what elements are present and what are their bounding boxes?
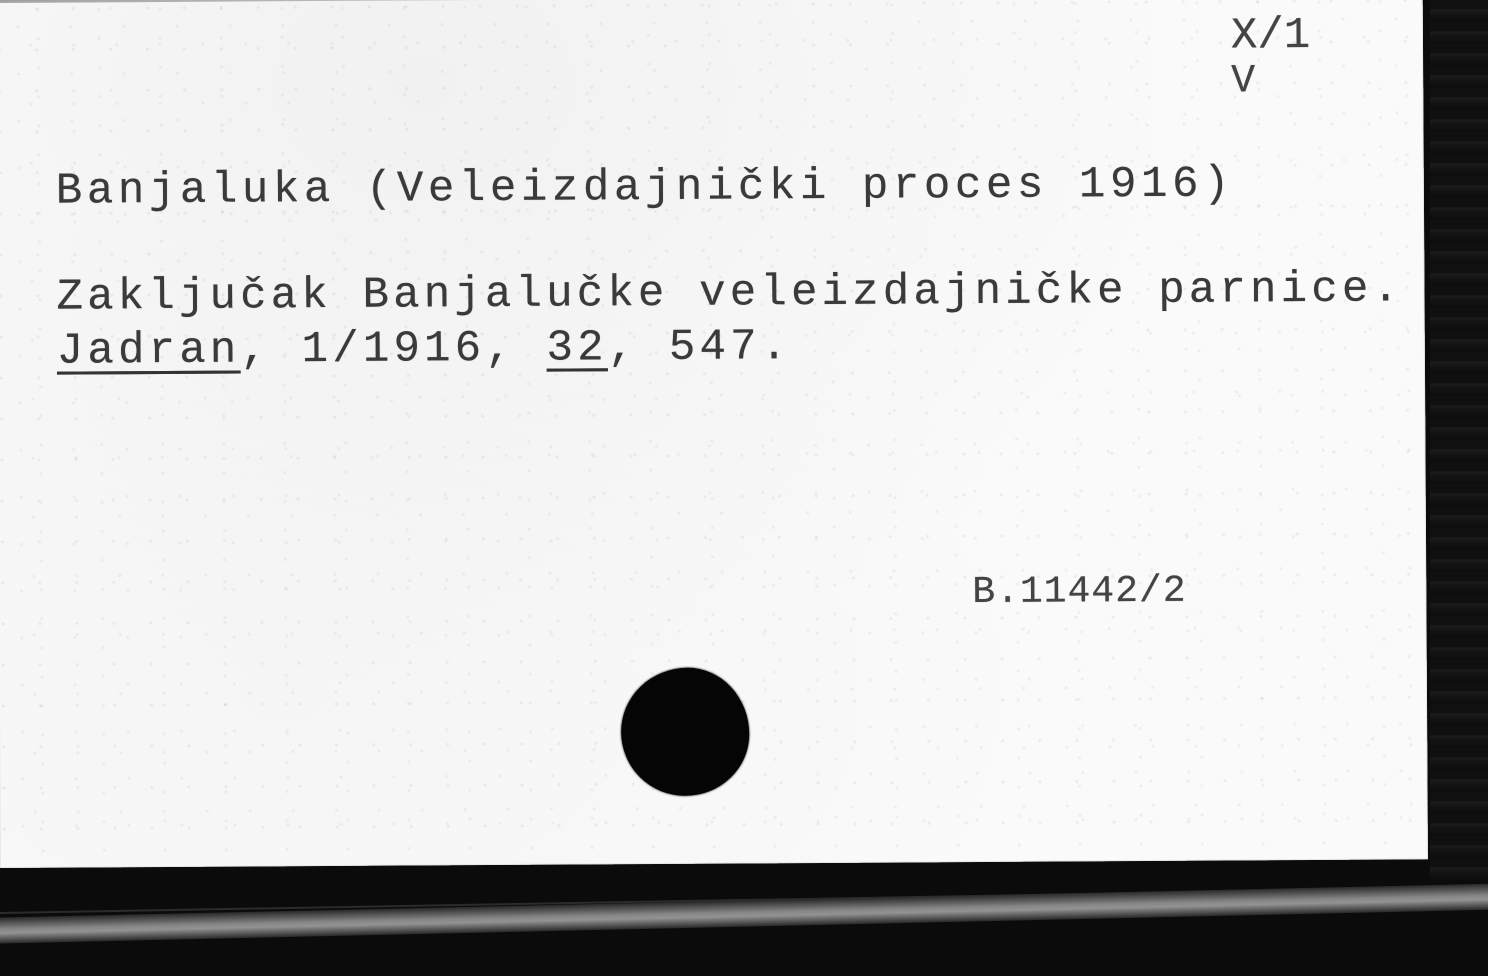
citation: Jadran, 1/1916, 32, 547.	[57, 325, 792, 373]
page-numbers: 547.	[669, 322, 792, 373]
scan-stage: X/1 V Banjaluka (Veleizdajnički proces 1…	[0, 0, 1488, 976]
punch-hole-icon	[621, 667, 750, 796]
citation-separator: ,	[485, 324, 547, 374]
classmark-line-1: X/1	[1231, 14, 1310, 58]
article-title: Zaključak Banjalučke veleizdajničke parn…	[56, 267, 1403, 319]
scanner-edge	[1430, 0, 1488, 880]
call-number: B.11442/2	[972, 573, 1186, 612]
scanner-band	[0, 883, 1488, 944]
catalog-card: X/1 V Banjaluka (Veleizdajnički proces 1…	[0, 0, 1428, 868]
issue-number: 32	[546, 323, 608, 373]
card-top-edge	[0, 0, 1423, 3]
citation-separator: ,	[608, 323, 670, 373]
journal-name: Jadran	[57, 326, 241, 377]
subject-heading: Banjaluka (Veleizdajnički proces 1916)	[56, 162, 1234, 213]
citation-separator: ,	[240, 325, 302, 375]
classmark-line-2: V	[1231, 62, 1255, 102]
volume-year: 1/1916	[302, 324, 486, 375]
